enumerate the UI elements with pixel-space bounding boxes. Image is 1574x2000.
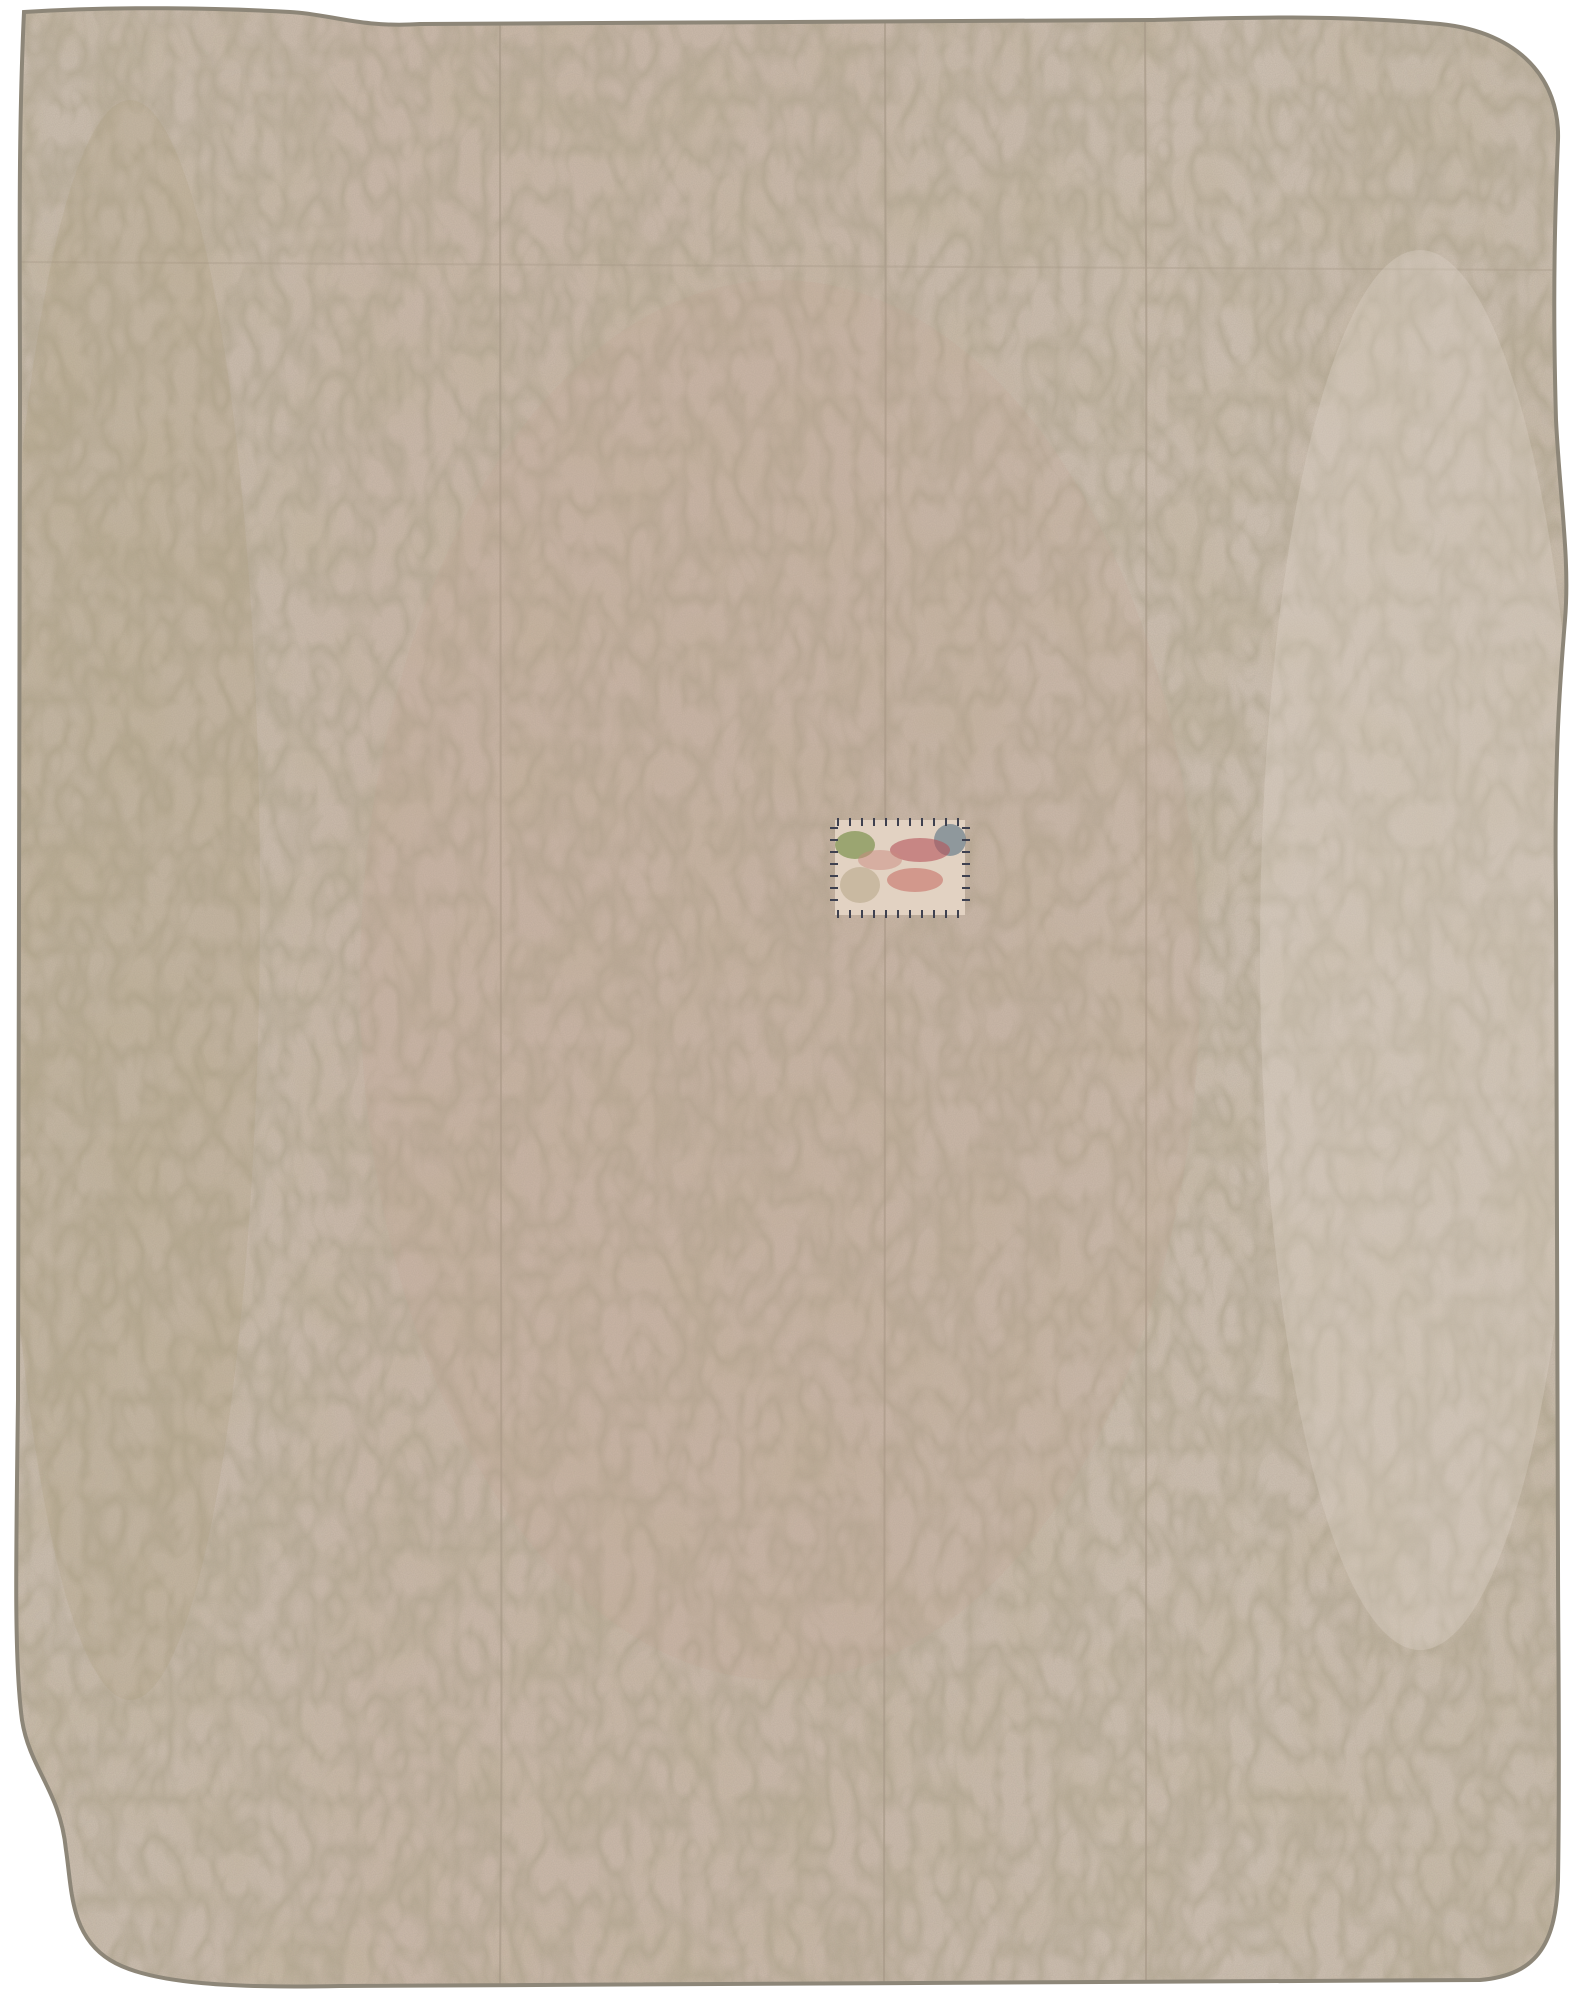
rug-body — [0, 0, 1574, 2000]
photo-canvas — [0, 0, 1574, 2000]
rug-illustration — [0, 0, 1574, 2000]
stitched-patch — [830, 818, 970, 918]
